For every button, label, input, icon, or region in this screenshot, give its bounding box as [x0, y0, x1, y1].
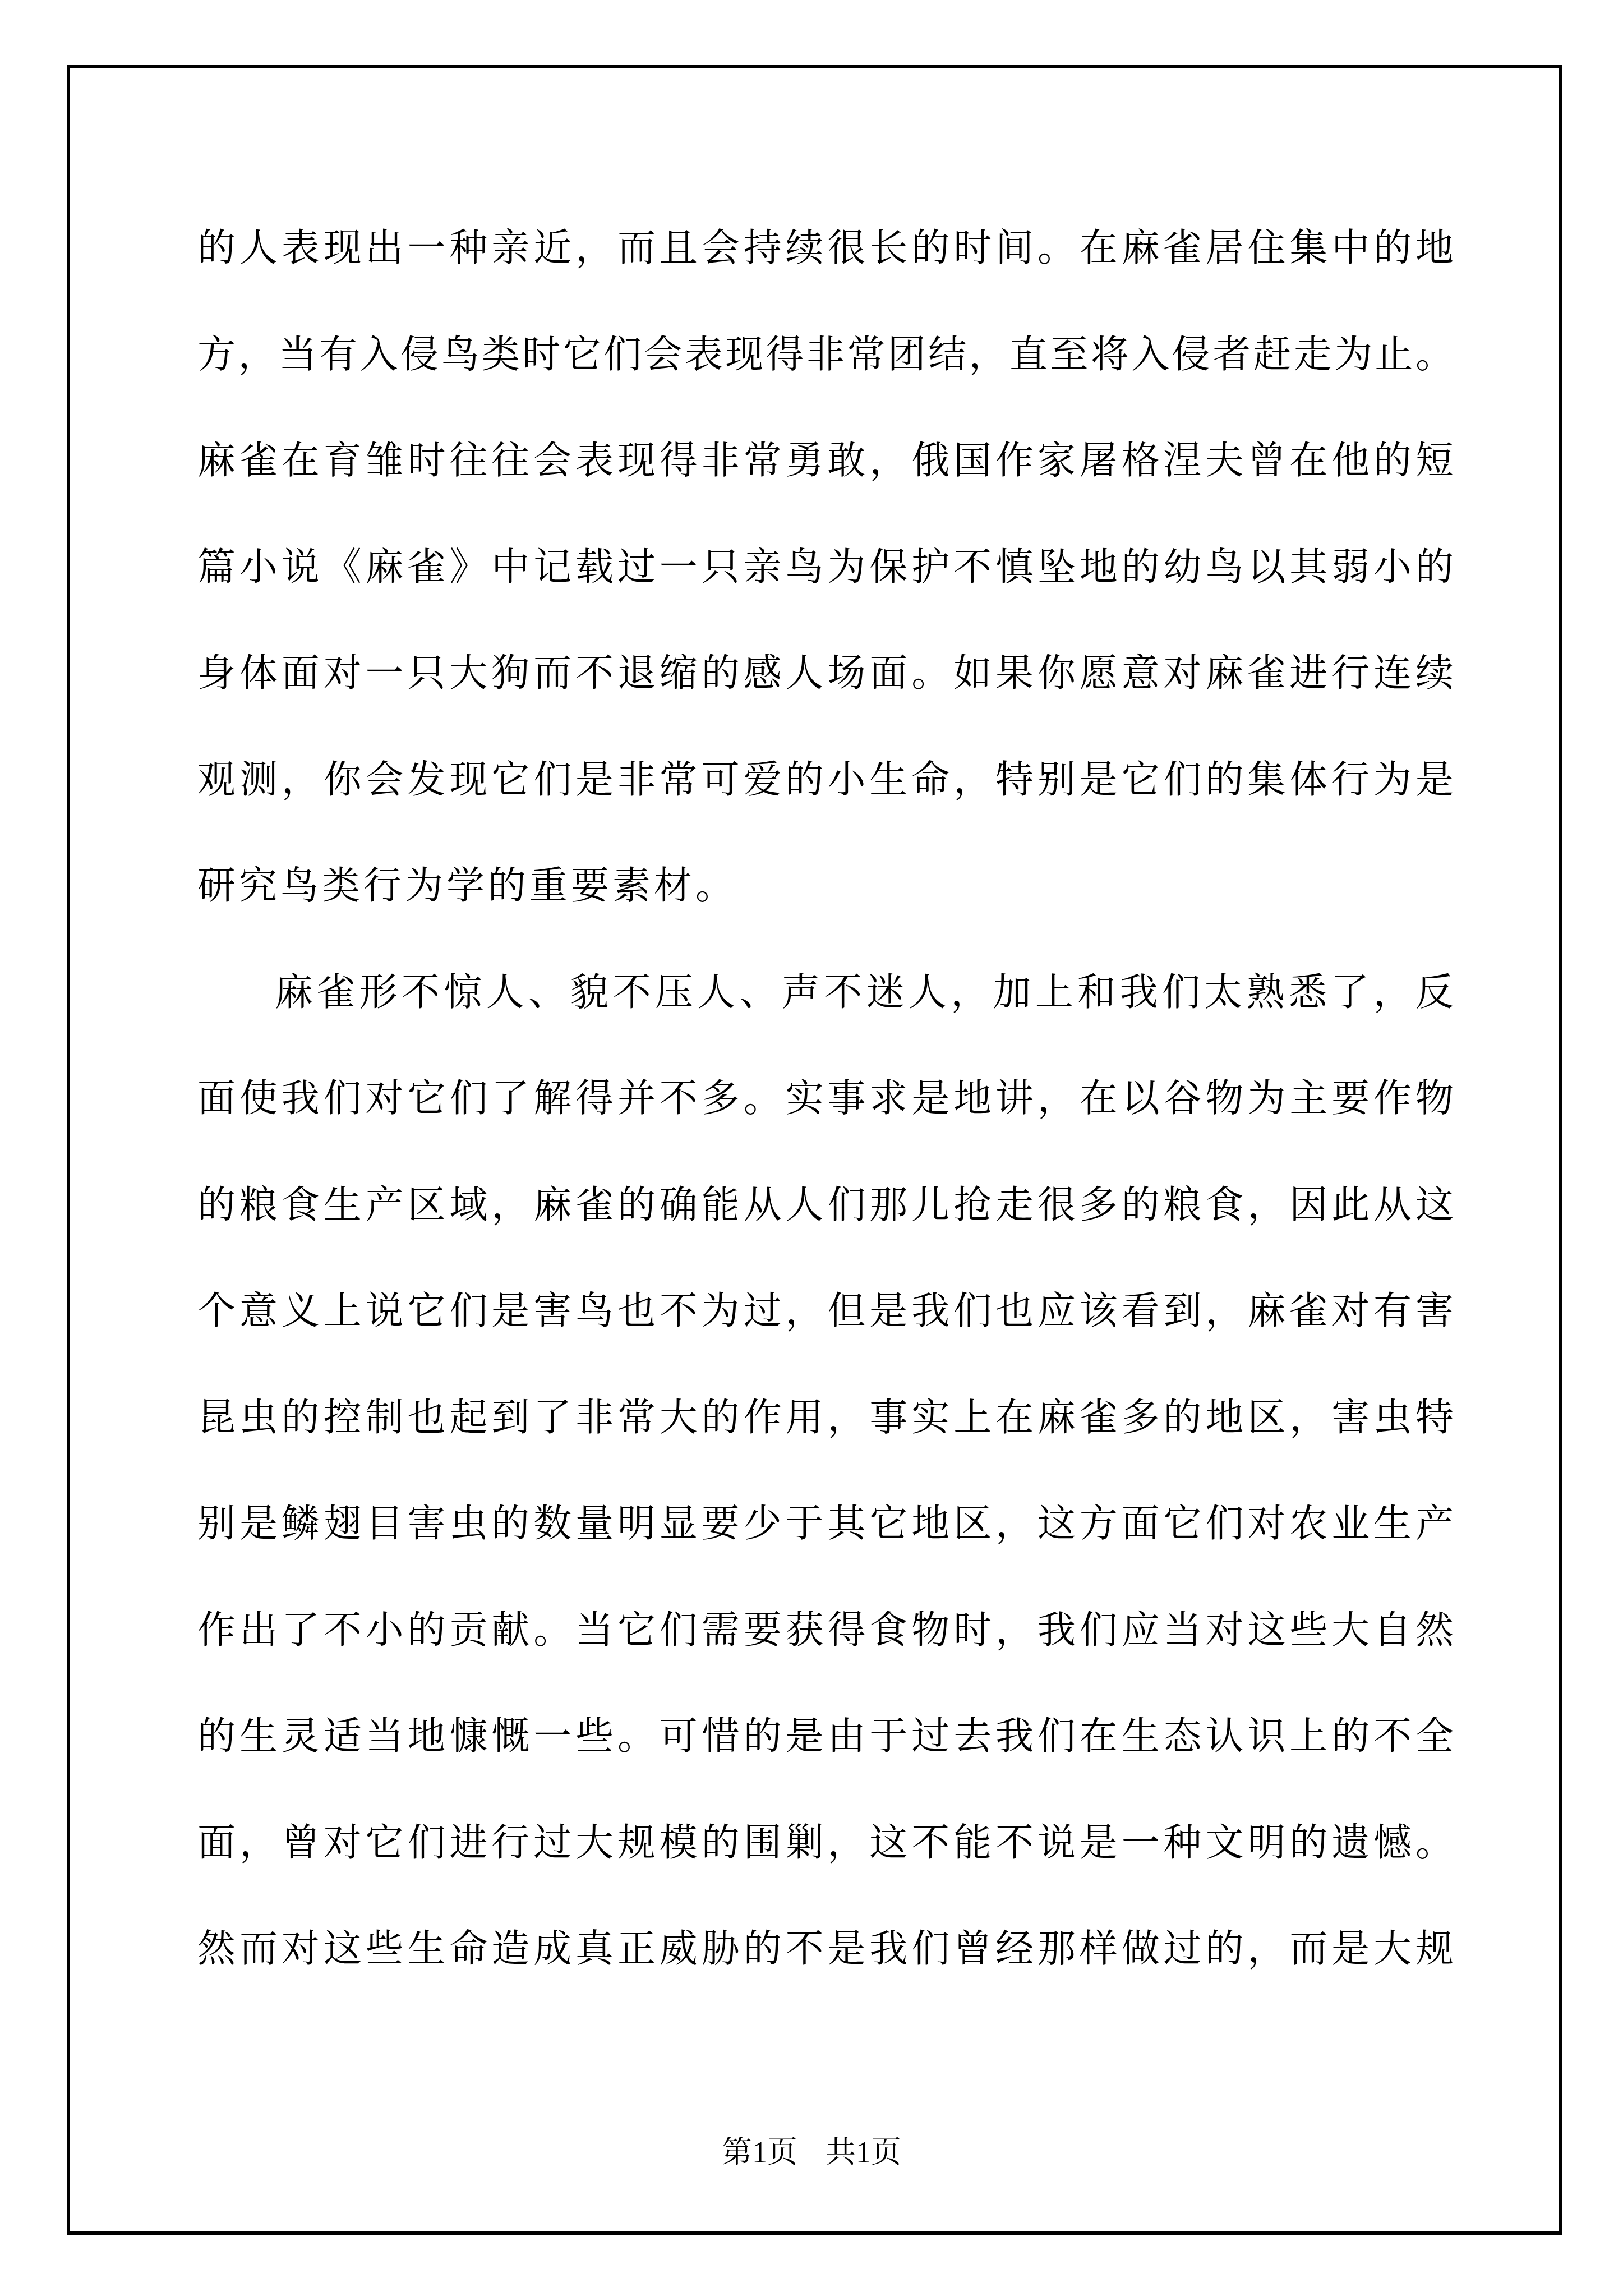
- text-line: 面，曾对它们进行过大规模的围剿，这不能不说是一种文明的遗憾。: [197, 1790, 1454, 1897]
- paragraph-2: 麻雀形不惊人、貌不压人、声不迷人，加上和我们太熟悉了，反面使我们对它们了解得并不…: [197, 940, 1454, 2003]
- text-line: 方，当有入侵鸟类时它们会表现得非常团结，直至将入侵者赶走为止。: [197, 302, 1454, 408]
- text-line: 的人表现出一种亲近，而且会持续很长的时间。在麻雀居住集中的地: [197, 195, 1454, 302]
- text-line: 然而对这些生命造成真正威胁的不是我们曾经那样做过的，而是大规: [197, 1896, 1454, 2003]
- paragraph-1: 的人表现出一种亲近，而且会持续很长的时间。在麻雀居住集中的地方，当有入侵鸟类时它…: [197, 195, 1454, 940]
- page-number-current: 第1页: [722, 2136, 797, 2169]
- text-line: 身体面对一只大狗而不退缩的感人场面。如果你愿意对麻雀进行连续: [197, 620, 1454, 727]
- text-line: 作出了不小的贡献。当它们需要获得食物时，我们应当对这些大自然: [197, 1577, 1454, 1684]
- page-number-total: 共1页: [826, 2136, 901, 2169]
- text-line: 麻雀形不惊人、貌不压人、声不迷人，加上和我们太熟悉了，反: [197, 940, 1454, 1046]
- text-line: 昆虫的控制也起到了非常大的作用，事实上在麻雀多的地区，害虫特: [197, 1365, 1454, 1471]
- text-line: 的粮食生产区域，麻雀的确能从人们那儿抢走很多的粮食，因此从这: [197, 1152, 1454, 1259]
- text-line: 面使我们对它们了解得并不多。实事求是地讲，在以谷物为主要作物: [197, 1046, 1454, 1152]
- text-line: 的生灵适当地慷慨一些。可惜的是由于过去我们在生态认识上的不全: [197, 1683, 1454, 1790]
- text-line: 研究鸟类行为学的重要素材。: [197, 833, 1454, 940]
- text-line: 观测，你会发现它们是非常可爱的小生命，特别是它们的集体行为是: [197, 727, 1454, 834]
- text-line: 篇小说《麻雀》中记载过一只亲鸟为保护不慎坠地的幼鸟以其弱小的: [197, 514, 1454, 621]
- document-page: 的人表现出一种亲近，而且会持续很长的时间。在麻雀居住集中的地方，当有入侵鸟类时它…: [0, 0, 1623, 2296]
- page-footer: 第1页共1页: [0, 2122, 1623, 2183]
- text-line: 别是鳞翅目害虫的数量明显要少于其它地区，这方面它们对农业生产: [197, 1471, 1454, 1577]
- document-body: 的人表现出一种亲近，而且会持续很长的时间。在麻雀居住集中的地方，当有入侵鸟类时它…: [197, 195, 1454, 2003]
- text-line: 麻雀在育雏时往往会表现得非常勇敢，俄国作家屠格涅夫曾在他的短: [197, 408, 1454, 514]
- text-line: 个意义上说它们是害鸟也不为过，但是我们也应该看到，麻雀对有害: [197, 1258, 1454, 1365]
